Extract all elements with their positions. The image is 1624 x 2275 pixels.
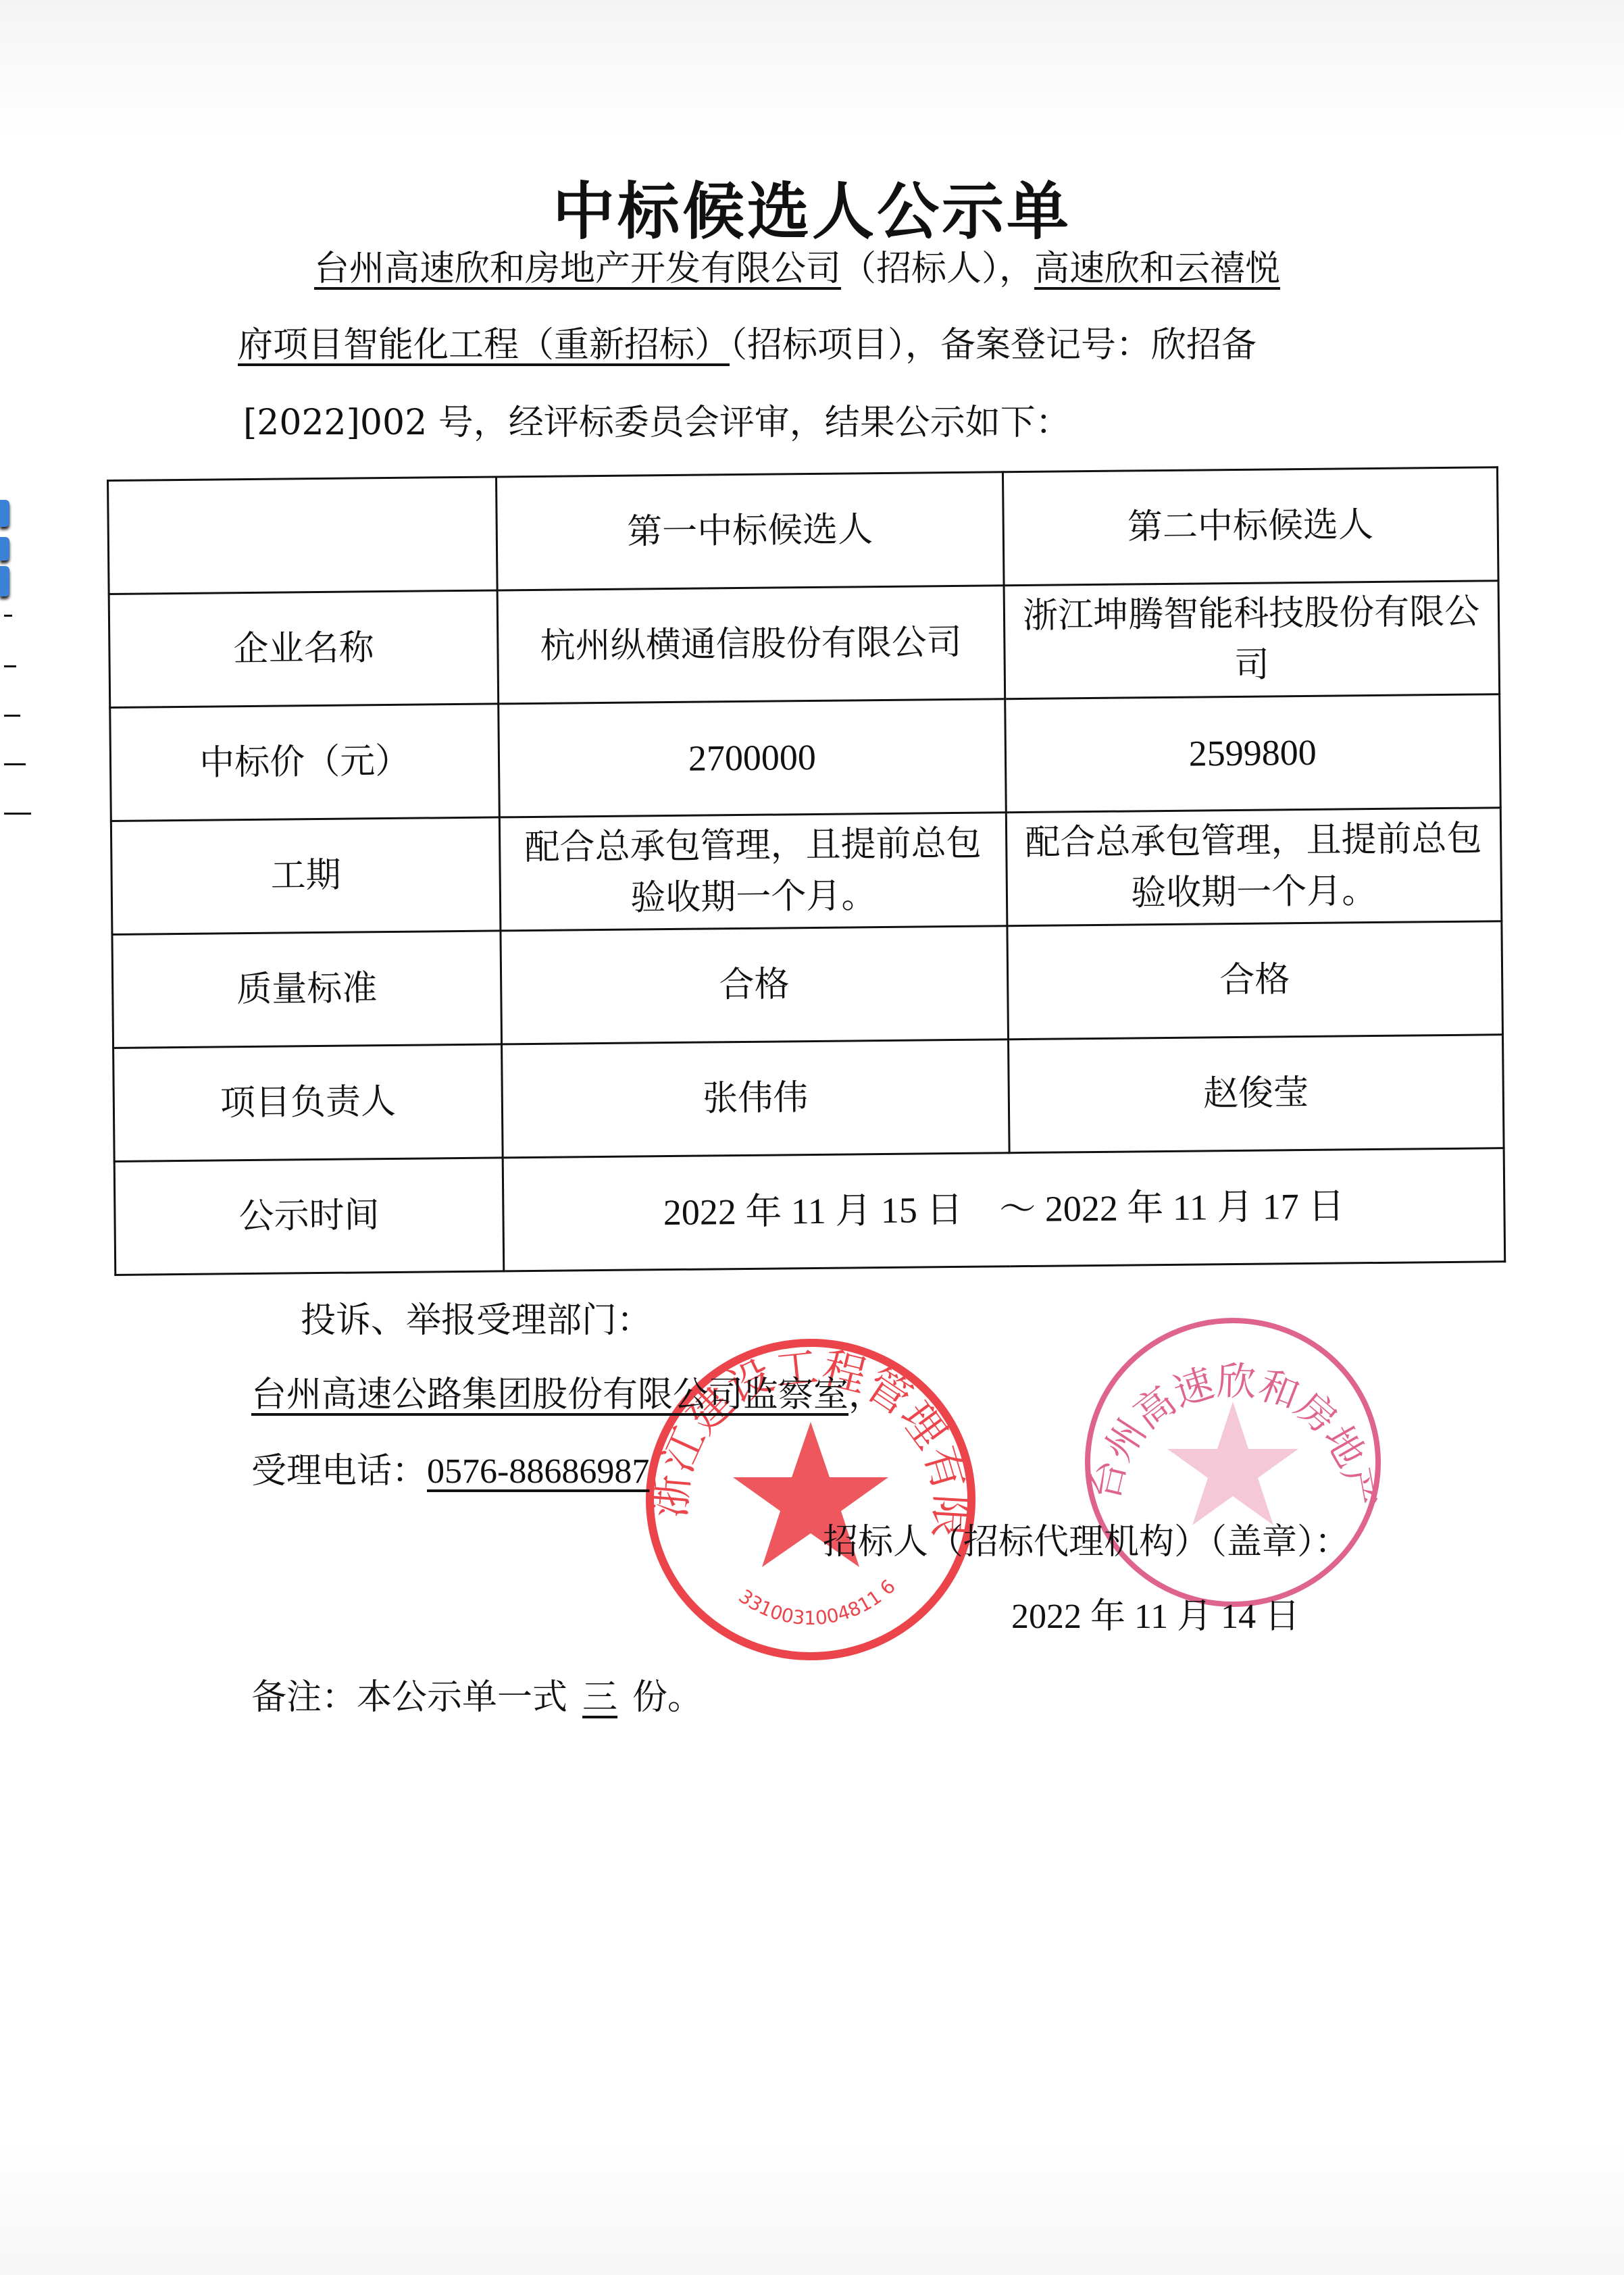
- first-candidate-manager: 张伟伟: [502, 1040, 1009, 1158]
- intro-line-1: 台州高速欣和房地产开发有限公司（招标人），高速欣和云禧悦: [314, 251, 1280, 286]
- row-label: 企业名称: [109, 590, 499, 708]
- binder-tab: [0, 500, 9, 527]
- intro-line-2: 府项目智能化工程（重新招标）（招标项目），备案登记号：欣招备: [238, 328, 1257, 363]
- complaint-department-line: 台州高速公路集团股份有限公司监察室，: [251, 1366, 884, 1416]
- row-label: 质量标准: [112, 931, 502, 1048]
- binder-tab: [0, 537, 9, 561]
- registration-text: [2022]002 号，经评标委员会评审，结果公示如下：: [243, 403, 1071, 443]
- first-candidate-quality: 合格: [501, 926, 1008, 1044]
- second-candidate-company: 浙江坤腾智能科技股份有限公司: [1004, 581, 1500, 699]
- pink-seal-icon: 台州高速欣和房地产开发有限公司: [1081, 1314, 1385, 1611]
- note-copy-count: 三: [567, 1677, 632, 1718]
- note-line: 备注：本公示单一式三份。: [251, 1668, 703, 1719]
- table-header-first: 第一中标候选人: [497, 472, 1004, 590]
- project-role: （招标项目），备案登记号：欣招备: [730, 325, 1257, 365]
- publicity-period: 2022 年 11 月 15 日 ～ 2022 年 11 月 17 日: [503, 1148, 1504, 1271]
- project-name-part2: 府项目智能化工程（重新招标）: [238, 325, 730, 365]
- row-label: 项目负责人: [113, 1044, 503, 1162]
- table-header-empty: [108, 477, 498, 594]
- row-label: 公示时间: [114, 1158, 504, 1275]
- row-label: 中标价（元）: [110, 704, 500, 821]
- note-suffix: 份。: [632, 1677, 703, 1718]
- intro-line-3: [2022]002 号，经评标委员会评审，结果公示如下：: [243, 405, 1071, 440]
- edge-mark: [4, 763, 26, 765]
- complaint-phone-line: 受理电话：0576-88686987: [251, 1442, 649, 1493]
- signature-date: 2022 年 11 月 14 日: [1011, 1587, 1300, 1638]
- table-row: 质量标准 合格 合格: [112, 921, 1503, 1048]
- edge-mark: [4, 813, 31, 815]
- table-header-second: 第二中标候选人: [1003, 467, 1498, 586]
- tenderer-seal-stamp: 台州高速欣和房地产开发有限公司: [1081, 1314, 1385, 1611]
- edge-mark: [4, 715, 20, 717]
- edge-mark: [4, 615, 12, 617]
- note-prefix: 备注：本公示单一式: [251, 1677, 567, 1718]
- first-candidate-company: 杭州纵横通信股份有限公司: [497, 586, 1005, 704]
- document-title: 中标候选人公示单: [0, 162, 1624, 251]
- tenderer-name: 台州高速欣和房地产开发有限公司: [314, 249, 841, 289]
- second-candidate-price: 2599800: [1005, 694, 1500, 813]
- edge-mark: [4, 665, 16, 667]
- svg-text:3310031004811 6: 3310031004811 6: [734, 1575, 899, 1629]
- phone-label: 受理电话：: [251, 1451, 427, 1491]
- candidate-table: 第一中标候选人 第二中标候选人 企业名称 杭州纵横通信股份有限公司 浙江坤腾智能…: [107, 466, 1506, 1276]
- first-candidate-duration: 配合总承包管理，且提前总包验收期一个月。: [500, 813, 1007, 931]
- table-row: 企业名称 杭州纵横通信股份有限公司 浙江坤腾智能科技股份有限公司: [109, 581, 1500, 708]
- project-name-part1: 高速欣和云禧悦: [1034, 249, 1280, 289]
- tenderer-role: （招标人），: [841, 249, 1034, 289]
- complaint-department: 台州高速公路集团股份有限公司监察室: [251, 1375, 848, 1415]
- table-row: 项目负责人 张伟伟 赵俊莹: [113, 1035, 1504, 1162]
- phone-number: 0576-88686987: [427, 1452, 649, 1491]
- binder-tab: [0, 566, 9, 596]
- row-label: 工期: [111, 817, 501, 935]
- table-row: 工期 配合总承包管理，且提前总包验收期一个月。 配合总承包管理，且提前总包验收期…: [111, 808, 1502, 935]
- second-candidate-duration: 配合总承包管理，且提前总包验收期一个月。: [1006, 808, 1502, 926]
- table-header-row: 第一中标候选人 第二中标候选人: [108, 467, 1499, 594]
- second-candidate-quality: 合格: [1007, 921, 1502, 1040]
- second-candidate-manager: 赵俊莹: [1008, 1035, 1504, 1153]
- signature-label: 招标人（招标代理机构）（盖章）：: [823, 1513, 1350, 1564]
- complaint-department-suffix: ，: [848, 1375, 884, 1415]
- first-candidate-price: 2700000: [499, 699, 1006, 817]
- table-row: 公示时间 2022 年 11 月 15 日 ～ 2022 年 11 月 17 日: [114, 1148, 1505, 1275]
- complaint-heading: 投诉、举报受理部门：: [301, 1292, 652, 1342]
- table-row: 中标价（元） 2700000 2599800: [110, 694, 1501, 821]
